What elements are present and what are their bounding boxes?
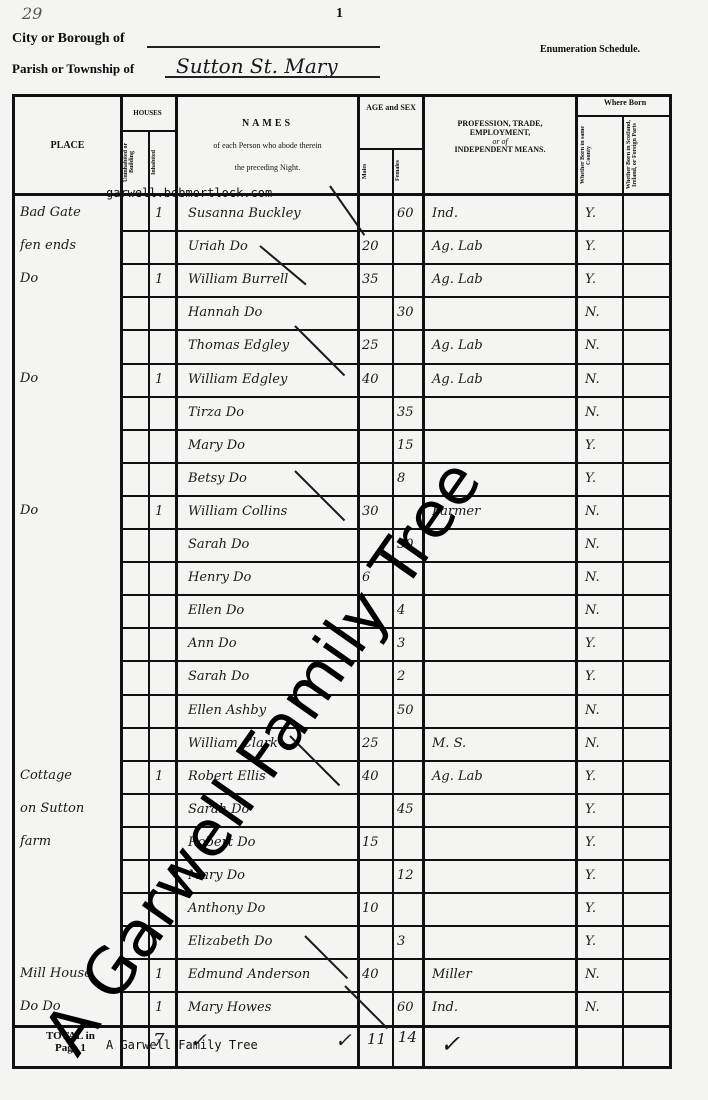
name-cell: Betsy Do [188, 471, 247, 486]
name-cell: Uriah Do [188, 239, 248, 254]
names-column-subtitle-2: the preceding Night. [178, 164, 357, 173]
born-same-county-header: Whether Born in same County [580, 120, 620, 190]
male-age-cell: 25 [362, 338, 379, 353]
male-age-cell: 40 [362, 372, 379, 387]
row-rule [123, 396, 672, 398]
profession-cell: Ind. [432, 1000, 458, 1015]
profession-column-header: PROFESSION, TRADE, EMPLOYMENT, or of IND… [425, 120, 575, 155]
row-rule [123, 925, 672, 927]
female-age-cell: 45 [397, 802, 414, 817]
profession-cell: Miller [432, 967, 472, 982]
houses-column-header: HOUSES [120, 110, 175, 118]
profession-cell: M. S. [432, 736, 466, 751]
female-age-cell: 3 [397, 636, 405, 651]
name-cell: Hannah Do [188, 305, 262, 320]
row-rule [123, 429, 672, 431]
male-age-cell: 40 [362, 769, 379, 784]
place-cell: Cottage [20, 769, 72, 782]
age-header-rule [357, 148, 422, 150]
enumeration-schedule-label: Enumeration Schedule. [540, 44, 640, 55]
place-cell: fen ends [20, 239, 76, 252]
row-rule [123, 727, 672, 729]
names-column-title: NAMES [178, 118, 357, 129]
where-born-cell: Y. [585, 669, 596, 684]
where-born-cell: Y. [585, 239, 596, 254]
where-born-cell: N. [585, 405, 600, 420]
url-watermark: garwell.bobmortlock.com [106, 186, 272, 200]
page-number: 1 [336, 6, 343, 22]
female-age-cell: 60 [397, 1000, 414, 1015]
female-age-cell: 8 [397, 471, 405, 486]
where-born-cell: Y. [585, 835, 596, 850]
footer-watermark: A Garwell Family Tree [106, 1038, 258, 1052]
parish-label: Parish or Township of [12, 61, 134, 77]
place-cell: Do [20, 372, 38, 385]
name-cell: Sarah Do [188, 669, 249, 684]
where-born-cell: Y. [585, 934, 596, 949]
city-label: City or Borough of [12, 31, 125, 47]
name-cell: William Burrell [188, 272, 288, 287]
row-rule [123, 363, 672, 365]
male-age-cell: 25 [362, 736, 379, 751]
city-value-line [147, 46, 380, 48]
male-age-cell: 40 [362, 967, 379, 982]
age-sex-column-header: AGE and SEX [360, 104, 422, 113]
name-cell: Ellen Do [188, 603, 244, 618]
where-born-cell: Y. [585, 471, 596, 486]
place-cell: on Sutton [20, 802, 84, 815]
corner-reference-number: 29 [22, 4, 42, 23]
female-age-cell: 35 [397, 405, 414, 420]
males-header: Males [362, 152, 390, 190]
where-born-cell: Y. [585, 272, 596, 287]
row-rule [123, 991, 672, 993]
name-cell: Henry Do [188, 570, 251, 585]
where-born-cell: N. [585, 338, 600, 353]
where-born-cell: N. [585, 372, 600, 387]
where-born-cell: N. [585, 603, 600, 618]
profession-cell: Ind. [432, 206, 458, 221]
name-cell: Sarah Do [188, 537, 249, 552]
row-rule [123, 694, 672, 696]
col-divider-where-born [575, 94, 578, 1069]
where-born-cell: Y. [585, 868, 596, 883]
where-born-cell: N. [585, 967, 600, 982]
place-column-header: PLACE [15, 140, 120, 151]
female-age-cell: 12 [397, 868, 414, 883]
name-cell: Tirza Do [188, 405, 244, 420]
profession-cell: Ag. Lab [432, 272, 483, 287]
where-born-cell: Y. [585, 206, 596, 221]
profession-header-line: INDEPENDENT MEANS. [425, 146, 575, 155]
male-age-cell: 10 [362, 901, 379, 916]
where-born-cell: N. [585, 1000, 600, 1015]
place-cell: Do [20, 272, 38, 285]
name-cell: Edmund Anderson [188, 967, 310, 982]
parish-value: Sutton St. Mary [176, 54, 338, 78]
male-age-cell: 30 [362, 504, 379, 519]
houses-cell: 1 [155, 206, 163, 221]
name-cell: William Collins [188, 504, 287, 519]
name-cell: Mary Do [188, 438, 245, 453]
where-born-column-header: Where Born [578, 99, 672, 108]
name-cell: William Edgley [188, 372, 287, 387]
name-cell: Susanna Buckley [188, 206, 301, 221]
profession-cell: Ag. Lab [432, 769, 483, 784]
name-cell: Thomas Edgley [188, 338, 289, 353]
houses-cell: 1 [155, 769, 163, 784]
houses-cell: 1 [155, 504, 163, 519]
parish-value-line [165, 76, 380, 78]
row-rule [123, 263, 672, 265]
female-age-cell: 15 [397, 438, 414, 453]
male-age-cell: 15 [362, 835, 379, 850]
female-age-cell: 50 [397, 703, 414, 718]
male-age-cell: 35 [362, 272, 379, 287]
where-born-cell: N. [585, 703, 600, 718]
row-rule [123, 495, 672, 497]
where-born-cell: N. [585, 504, 600, 519]
place-cell: Bad Gate [20, 206, 81, 219]
born-header-rule [575, 115, 672, 117]
profession-cell: Ag. Lab [432, 372, 483, 387]
houses-header-rule [120, 130, 175, 132]
total-females: 14 [398, 1028, 417, 1046]
profession-cell: Ag. Lab [432, 239, 483, 254]
where-born-cell: N. [585, 305, 600, 320]
row-rule [123, 660, 672, 662]
where-born-cell: N. [585, 537, 600, 552]
name-cell: Ann Do [188, 636, 237, 651]
total-males: 11 [367, 1030, 386, 1048]
row-rule [123, 230, 672, 232]
female-age-cell: 60 [397, 206, 414, 221]
female-age-cell: 3 [397, 934, 405, 949]
houses-cell: 1 [155, 272, 163, 287]
female-age-cell: 30 [397, 305, 414, 320]
females-header: Females [395, 152, 421, 190]
place-cell: farm [20, 835, 51, 848]
row-rule [123, 958, 672, 960]
houses-uninhabited-header: Uninhabited or Building [123, 134, 145, 190]
row-rule [123, 760, 672, 762]
female-age-cell: 2 [397, 669, 405, 684]
profession-cell: Ag. Lab [432, 338, 483, 353]
where-born-cell: N. [585, 570, 600, 585]
place-cell: Do [20, 504, 38, 517]
where-born-cell: N. [585, 736, 600, 751]
where-born-cell: Y. [585, 802, 596, 817]
houses-cell: 1 [155, 1000, 163, 1015]
born-foreign-parts-header: Whether Born in Scotland, Ireland, or Fo… [626, 120, 670, 190]
where-born-cell: Y. [585, 438, 596, 453]
male-age-cell: 20 [362, 239, 379, 254]
houses-cell: 1 [155, 372, 163, 387]
row-rule [123, 296, 672, 298]
where-born-cell: Y. [585, 901, 596, 916]
profession-total-tick: ✓ [440, 1030, 460, 1058]
where-born-cell: Y. [585, 636, 596, 651]
name-cell: Mary Howes [188, 1000, 271, 1015]
where-born-cell: Y. [585, 769, 596, 784]
name-cell: Elizabeth Do [188, 934, 272, 949]
names-end-tick: ✓ [335, 1028, 352, 1052]
row-rule [123, 329, 672, 331]
names-column-subtitle-1: of each Person who abode therein [178, 142, 357, 151]
houses-inhabited-header: Inhabited [151, 134, 173, 190]
row-rule [123, 462, 672, 464]
